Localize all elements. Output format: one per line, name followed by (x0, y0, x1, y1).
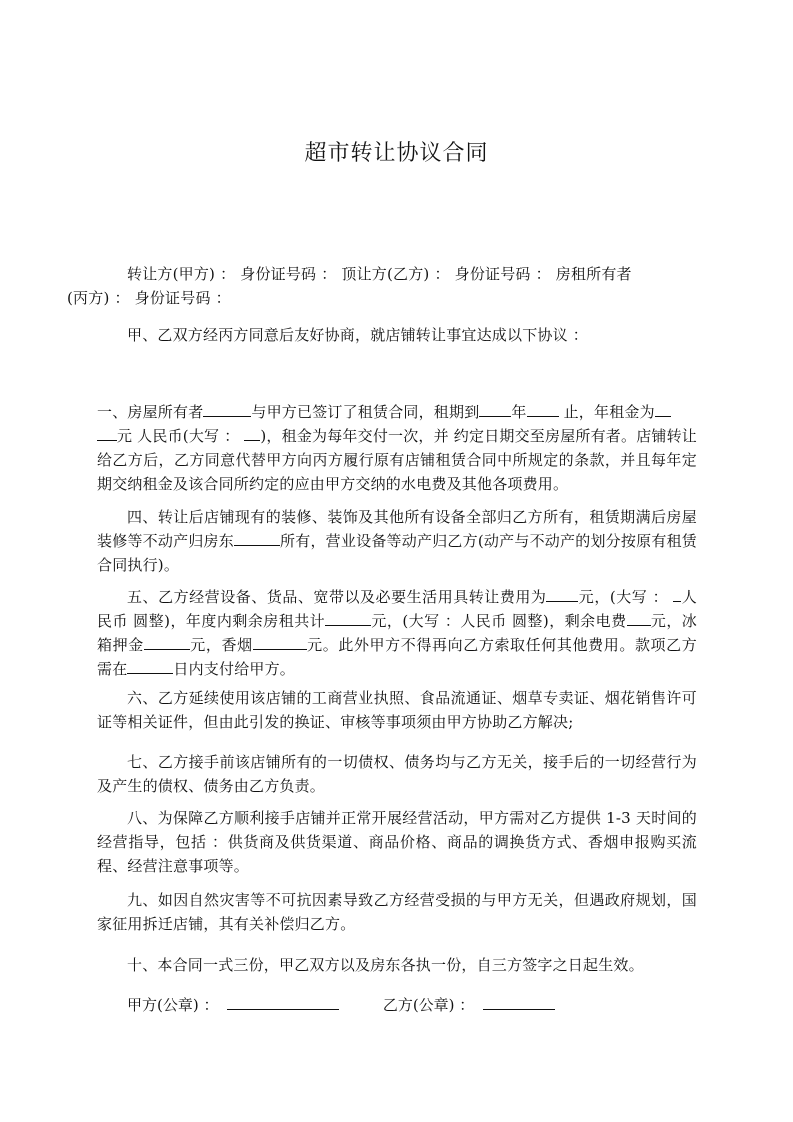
rent-uppercase-blank[interactable] (244, 426, 260, 441)
landlord-blank[interactable] (234, 531, 280, 546)
owner-name-blank[interactable] (203, 402, 251, 417)
parties-line-2: (丙方) ： 身份证号码 ： (67, 289, 231, 307)
parties-section: 转让方(甲方) ： 身份证号码 ： 顶让方(乙方) ： 身份证号码 ： 房租所有… (97, 262, 697, 310)
clause-7: 七、乙方接手前该店铺所有的一切债权、债务均与乙方无关，接手后的一切经营行为及产生… (97, 750, 697, 798)
clause-8: 八、为保障乙方顺利接手店铺并正常开展经营活动，甲方需对乙方提供 1-3 天时间的… (97, 806, 697, 878)
clause-9: 九、如因自然灾害等不可抗因素导致乙方经营受损的与甲方无关，但遇政府规划，国家征用… (97, 888, 697, 936)
preamble: 甲、乙双方经丙方同意后友好协商，就店铺转让事宜达成以下协议 ： (97, 323, 697, 347)
clause-1: 一、房屋所有者与甲方已签订了租赁合同，租期到年 止，年租金为元 人民币(大写 ：… (97, 400, 697, 496)
parties-line-1: 转让方(甲方) ： 身份证号码 ： 顶让方(乙方) ： 身份证号码 ： 房租所有… (127, 265, 632, 283)
payment-days-blank[interactable] (127, 659, 173, 674)
party-b-seal-line[interactable] (483, 994, 555, 1010)
party-a-seal-line[interactable] (227, 994, 339, 1010)
clause-1-text: 一、房屋所有者 (97, 403, 203, 421)
page-title: 超市转让协议合同 (0, 136, 793, 167)
clause-5: 五、乙方经营设备、货品、宽带以及必要生活用具转让费用为元，(大写 ： 人民币 圆… (97, 585, 697, 681)
document-page: 超市转让协议合同 转让方(甲方) ： 身份证号码 ： 顶让方(乙方) ： 身份证… (0, 0, 793, 1122)
clause-5-text: 五、乙方经营设备、货品、宽带以及必要生活用具转让费用为 (127, 588, 546, 606)
annual-rent-blank-cont[interactable] (97, 426, 117, 441)
party-b-seal-label: 乙方(公章) ： (383, 996, 474, 1014)
clause-1-text: 元 人民币(大写 ： (117, 427, 244, 445)
annual-rent-blank[interactable] (655, 402, 671, 417)
clause-5-text: 元，(大写 ：人民币 圆整)，剩余电费 (371, 612, 626, 630)
clause-5-text: 日内支付给甲方。 (173, 660, 295, 678)
clause-10: 十、本合同一式三份，甲乙双方以及房东各执一份，自三方签字之日起生效。 (97, 953, 697, 977)
remaining-rent-blank[interactable] (325, 611, 371, 626)
clause-5-text: 元，(大写 ： (578, 588, 673, 606)
lease-end-blank[interactable] (527, 402, 559, 417)
party-a-seal-label: 甲方(公章) ： (127, 996, 218, 1014)
clause-1-text: 年 (511, 403, 526, 421)
signature-row: 甲方(公章) ： 乙方(公章) ： (127, 993, 555, 1017)
fridge-deposit-blank[interactable] (144, 635, 190, 650)
clause-1-text: 与甲方已签订了租赁合同，租期到 (251, 403, 479, 421)
transfer-fee-blank[interactable] (546, 587, 578, 602)
clause-5-text: 元，香烟 (190, 636, 253, 654)
remaining-electricity-blank[interactable] (627, 611, 651, 626)
clause-1-text: 止，年租金为 (559, 403, 655, 421)
cigarettes-blank[interactable] (253, 635, 307, 650)
clause-4: 四、转让后店铺现有的装修、装饰及其他所有设备全部归乙方所有，租赁期满后房屋装修等… (97, 505, 697, 577)
lease-year-blank[interactable] (479, 402, 511, 417)
clause-6: 六、乙方延续使用该店铺的工商营业执照、食品流通证、烟草专卖证、烟花销售许可证等相… (97, 686, 697, 734)
